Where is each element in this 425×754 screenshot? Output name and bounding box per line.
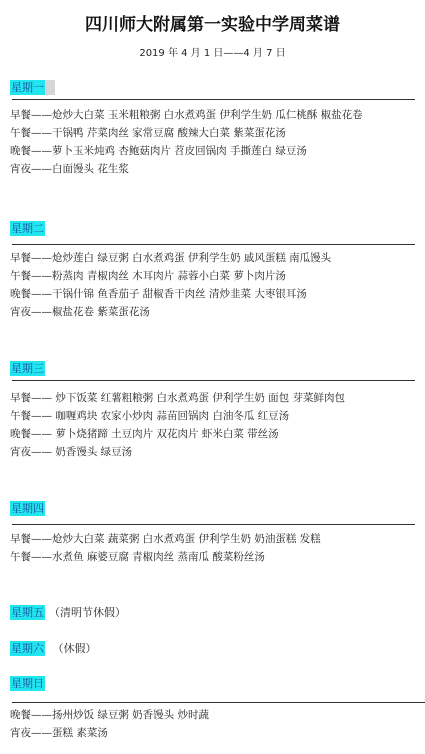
divider <box>12 99 415 100</box>
date-range: 2019 年 4 月 1 日——4 月 7 日 <box>0 44 425 59</box>
meal-breakfast: 早餐—— 炒下饭菜 红薯粗粮粥 白水煮鸡蛋 伊利学生奶 面包 芽菜鲜肉包 <box>10 389 415 407</box>
day-wednesday: 星期三 <box>10 357 415 376</box>
meals-thursday: 早餐——炝炒大白菜 蔬菜粥 白水煮鸡蛋 伊利学生奶 奶油蛋糕 发糕 午餐——水煮… <box>10 530 415 566</box>
meals-monday: 早餐——炝炒大白菜 玉米粗粮粥 白水煮鸡蛋 伊利学生奶 瓜仁桃酥 椒盐花卷 午餐… <box>10 106 415 178</box>
meal-breakfast: 早餐——炝炒莲白 绿豆粥 白水煮鸡蛋 伊利学生奶 戚风蛋糕 南瓜馒头 <box>10 249 415 267</box>
day-label: 星期五 <box>10 605 45 620</box>
day-tuesday: 星期二 <box>10 217 415 236</box>
meal-lunch: 午餐——干锅鸭 芹菜肉丝 家常豆腐 酸辣大白菜 紫菜蛋花汤 <box>10 124 415 142</box>
meals-tuesday: 早餐——炝炒莲白 绿豆粥 白水煮鸡蛋 伊利学生奶 戚风蛋糕 南瓜馒头 午餐——粉… <box>10 249 415 321</box>
meal-night-snack: 宵夜——白面馒头 花生浆 <box>10 160 415 178</box>
divider <box>12 244 415 245</box>
meal-dinner: 晚餐——干锅什锦 鱼香茄子 甜椒香干肉丝 清炒韭菜 大枣银耳汤 <box>10 285 415 303</box>
day-thursday: 星期四 <box>10 497 415 516</box>
day-saturday: 星期六 （休假） <box>10 637 415 656</box>
day-sunday: 星期日 <box>10 672 415 691</box>
meal-breakfast: 早餐——炝炒大白菜 蔬菜粥 白水煮鸡蛋 伊利学生奶 奶油蛋糕 发糕 <box>10 530 415 548</box>
meal-dinner: 晚餐——扬州炒饭 绿豆粥 奶香馒头 炒时蔬 <box>10 706 415 724</box>
meal-lunch: 午餐—— 咖喱鸡块 农家小炒肉 蒜苗回锅肉 白油冬瓜 红豆汤 <box>10 407 415 425</box>
divider <box>12 702 425 703</box>
meal-dinner: 晚餐——萝卜玉米炖鸡 杏鲍菇肉片 苕皮回锅肉 手撕莲白 绿豆汤 <box>10 142 415 160</box>
day-label: 星期四 <box>10 501 45 516</box>
day-friday: 星期五（清明节休假） <box>10 601 415 620</box>
meal-night-snack: 宵夜—— 奶香馒头 绿豆汤 <box>10 443 415 461</box>
meals-wednesday: 早餐—— 炒下饭菜 红薯粗粮粥 白水煮鸡蛋 伊利学生奶 面包 芽菜鲜肉包 午餐—… <box>10 389 415 461</box>
day-label: 星期日 <box>10 676 45 691</box>
meal-night-snack: 宵夜——蛋糕 素菜汤 <box>10 724 415 742</box>
day-label: 星期二 <box>10 221 45 236</box>
divider <box>12 380 415 381</box>
meal-lunch: 午餐——水煮鱼 麻婆豆腐 青椒肉丝 蒸南瓜 酸菜粉丝汤 <box>10 548 415 566</box>
divider <box>12 524 415 525</box>
meals-sunday: 晚餐——扬州炒饭 绿豆粥 奶香馒头 炒时蔬 宵夜——蛋糕 素菜汤 <box>10 706 415 742</box>
day-label: 星期三 <box>10 361 45 376</box>
day-label: 星期六 <box>10 641 45 656</box>
holiday-note: （清明节休假） <box>49 606 126 619</box>
holiday-note: （休假） <box>49 642 97 655</box>
meal-night-snack: 宵夜——椒盐花卷 紫菜蛋花汤 <box>10 303 415 321</box>
menu-title: 四川师大附属第一实验中学周菜谱 <box>0 10 425 35</box>
day-monday: 星期一 <box>10 76 415 95</box>
meal-lunch: 午餐——粉蒸肉 青椒肉丝 木耳肉片 蒜蓉小白菜 萝卜肉片汤 <box>10 267 415 285</box>
day-label: 星期一 <box>10 80 45 95</box>
meal-breakfast: 早餐——炝炒大白菜 玉米粗粮粥 白水煮鸡蛋 伊利学生奶 瓜仁桃酥 椒盐花卷 <box>10 106 415 124</box>
meal-dinner: 晚餐—— 萝卜烧猪蹄 土豆肉片 双花肉片 虾米白菜 带丝汤 <box>10 425 415 443</box>
